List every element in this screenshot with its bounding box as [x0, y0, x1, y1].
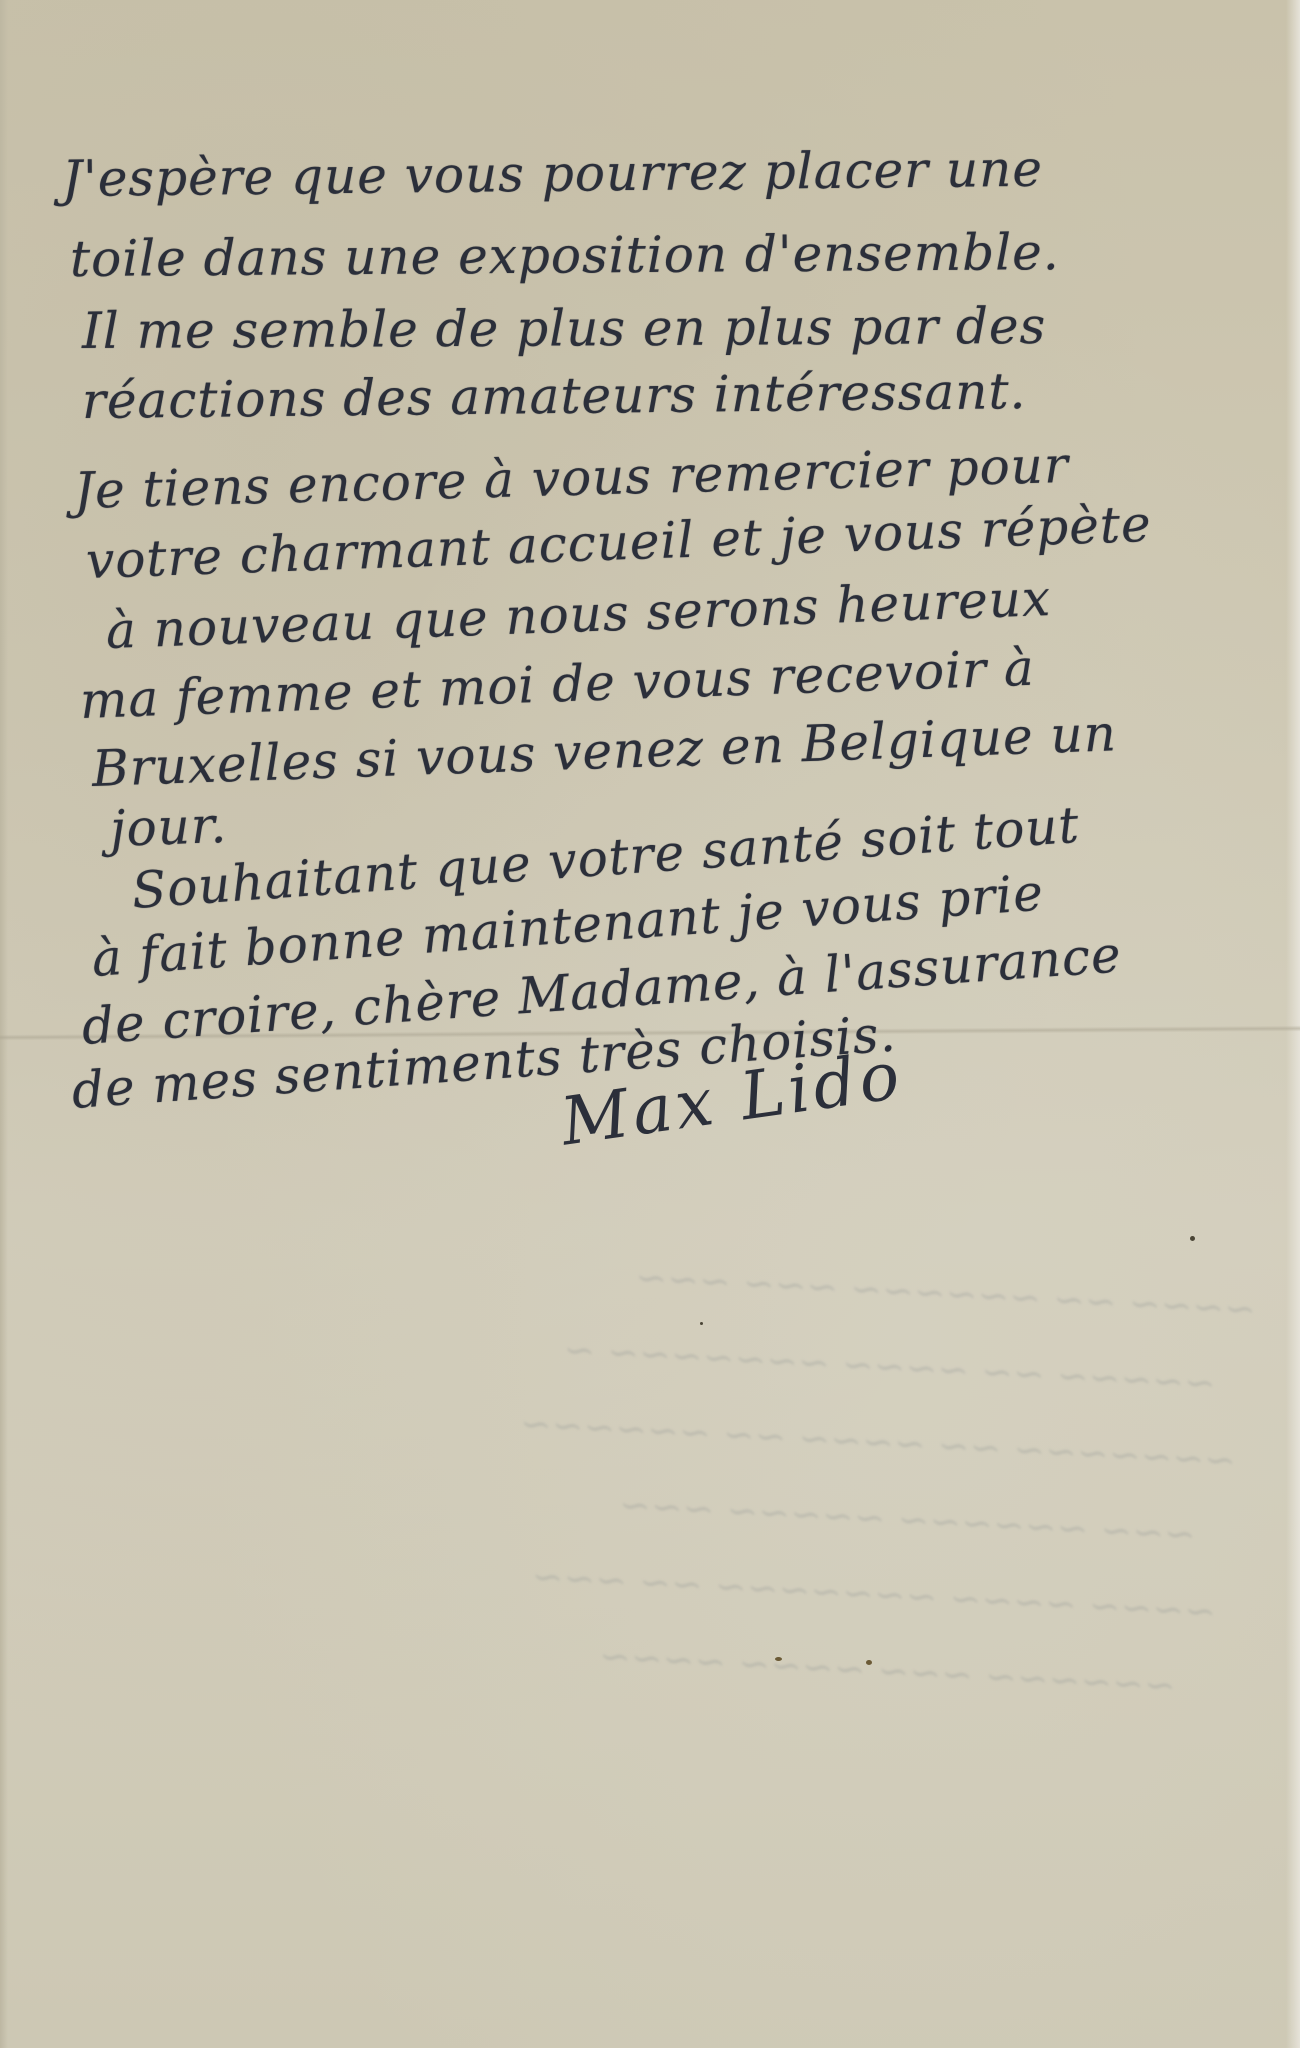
paper-speck	[700, 1322, 703, 1325]
paper-speck	[866, 1660, 872, 1665]
paper-speck	[1190, 1236, 1195, 1241]
paper-speck	[775, 1657, 782, 1661]
letter-line: toile dans une exposition d'ensemble.	[70, 223, 1060, 288]
paper-right-edge	[1286, 0, 1300, 2048]
ink-bleed-through: ~~~~ ~~ ~~~~~~ ~~~ ~~~ ~~~~~ ~~ ~~~~ ~~~…	[42, 1210, 1258, 1991]
letter-page: ~~~~ ~~ ~~~~~~ ~~~ ~~~ ~~~~~ ~~ ~~~~ ~~~…	[0, 0, 1300, 2048]
letter-line: réactions des amateurs intéressant.	[82, 362, 1027, 430]
letter-line: J'espère que vous pourrez placer une	[62, 140, 1044, 208]
letter-line: Il me semble de plus en plus par des	[82, 297, 1047, 360]
paper-left-edge	[0, 0, 8, 2048]
letter-line: jour.	[109, 796, 228, 858]
